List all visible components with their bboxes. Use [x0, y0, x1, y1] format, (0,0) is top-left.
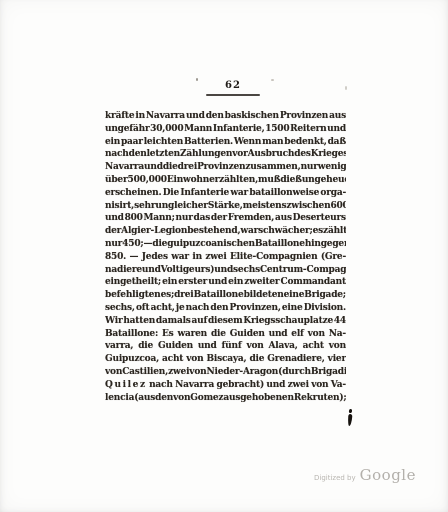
word: zweiter: [244, 277, 279, 290]
word: Guiden: [230, 329, 265, 342]
word: bildeten: [244, 290, 284, 303]
word: Wenn: [234, 137, 261, 150]
word: sechs: [233, 265, 260, 278]
word: Elite-Compagnien: [230, 252, 317, 265]
text-line: einpaarleichtenBatterien.Wennmanbedenkt,…: [105, 137, 346, 150]
word: dieß: [280, 175, 301, 188]
word: und: [144, 162, 163, 175]
ink-smudge-dot: [349, 409, 353, 413]
word: zusammen,: [245, 162, 300, 175]
word: die: [249, 354, 264, 367]
word: es;: [161, 290, 175, 303]
word: von: [246, 341, 263, 354]
word: und: [186, 111, 205, 124]
word: Gomez: [190, 393, 223, 406]
word: acht: [303, 341, 324, 354]
word: drei: [174, 290, 193, 303]
word: Navarra: [175, 380, 214, 393]
word: daß: [328, 137, 346, 150]
word: bedenkt,: [284, 137, 327, 150]
word: Navarra: [105, 162, 144, 175]
google-logo: Google: [360, 466, 416, 484]
word: nach: [186, 303, 210, 316]
word: nur: [105, 239, 122, 252]
word: zwei: [288, 380, 309, 393]
word: eine: [282, 303, 303, 316]
word: war: [171, 252, 189, 265]
word: Rekruten);: [294, 393, 346, 406]
word: sechs,: [105, 303, 135, 316]
word: 800: [125, 213, 143, 226]
word: diesem: [208, 316, 243, 329]
word: Kriegsschauplatze: [243, 316, 333, 329]
word: Division.: [304, 303, 346, 316]
word: drei: [178, 162, 197, 175]
word: Castilien,: [122, 367, 168, 380]
word: Infanterie: [180, 188, 229, 201]
word: zwei: [205, 252, 226, 265]
word: von: [311, 380, 328, 393]
word: die: [211, 329, 226, 342]
word: man: [262, 137, 283, 150]
word: Bataillone: [194, 290, 244, 303]
word: zwei: [168, 367, 189, 380]
word: zwischen: [286, 201, 330, 214]
word: den: [206, 111, 224, 124]
page-header: 62: [203, 80, 263, 96]
word: 1500: [265, 124, 289, 137]
text-line: sechs,oftacht,jenachdenProvinzen,eineDiv…: [105, 303, 346, 316]
word: in: [135, 111, 145, 124]
text-line: kräfteinNavarraunddenbaskischenProvinzen…: [105, 111, 346, 124]
word: aus: [329, 111, 346, 124]
word: Nieder-Aragon: [206, 367, 278, 380]
text-line: NavarraunddiedreiProvinzenzusammen,nurwe…: [105, 162, 346, 175]
word: Biscaya,: [206, 354, 246, 367]
word: von: [308, 329, 325, 342]
word: gebracht): [217, 380, 265, 393]
word: und: [269, 329, 288, 342]
word: vor: [232, 149, 247, 162]
text-line: und800Mann;nurdasderFremden,ausDeserteur…: [105, 213, 346, 226]
word: Va-: [331, 380, 346, 393]
text-line: ungefähr30,000MannInfanterie,1500Reitern…: [105, 124, 346, 137]
word: Fremden,: [228, 213, 274, 226]
word: Deserteurs: [293, 213, 346, 226]
word: und: [327, 124, 346, 137]
word: ein: [105, 137, 120, 150]
word: und: [266, 380, 285, 393]
word: Grenadiere,: [267, 354, 324, 367]
word: Provinzen: [280, 111, 328, 124]
word: zählte: [323, 226, 346, 239]
word: Provinzen: [197, 162, 245, 175]
word: ein: [162, 277, 177, 290]
word: nur: [176, 213, 193, 226]
word: je: [176, 303, 185, 316]
word: war: [230, 188, 248, 201]
word: Es: [162, 329, 174, 342]
word: Einwohner: [167, 175, 219, 188]
word: von: [329, 341, 346, 354]
word: der: [105, 226, 121, 239]
word: Na-: [329, 329, 346, 342]
digitized-by-label: Digitized by: [314, 474, 356, 482]
word: Jedes: [142, 252, 168, 265]
word: Wir: [105, 316, 123, 329]
word: nach: [105, 149, 129, 162]
text-line: vonCastilien,zweivonNieder-Aragon(durchB…: [105, 367, 346, 380]
text-line: derAlgier-Legionbestehend,warschwächer;e…: [105, 226, 346, 239]
word: des: [294, 149, 311, 162]
word: war: [240, 226, 258, 239]
word: (Gre-: [321, 252, 346, 265]
word: meistens: [243, 201, 287, 214]
word: hatten: [123, 316, 155, 329]
word: das: [194, 213, 211, 226]
word: elf: [291, 329, 303, 342]
word: es: [313, 226, 323, 239]
word: (durch: [278, 367, 311, 380]
word: eingetheilt;: [105, 277, 161, 290]
word: Reitern: [290, 124, 326, 137]
word: Batterien.: [184, 137, 233, 150]
word: Quilez: [105, 380, 147, 393]
paper-speck: [271, 79, 274, 81]
word: bestehend,: [187, 226, 240, 239]
word: orga-: [320, 188, 346, 201]
google-watermark: Digitized by Google: [314, 466, 416, 484]
word: vier: [328, 354, 346, 367]
word: über: [105, 175, 128, 188]
word: fünf: [222, 341, 242, 354]
word: nisirt,: [105, 201, 134, 214]
word: letzten: [147, 149, 180, 162]
word: Navarra: [146, 111, 185, 124]
word: paar: [121, 137, 143, 150]
word: in: [192, 252, 202, 265]
word: und: [142, 265, 161, 278]
word: Bataillone:: [105, 329, 158, 342]
text-line: über500,000Einwohnerzählten,mußdießungeh…: [105, 175, 346, 188]
word: ausgehobenen: [223, 393, 293, 406]
body-text-block: kräfteinNavarraunddenbaskischenProvinzen…: [105, 111, 346, 405]
word: von: [189, 367, 206, 380]
word: kräfte: [105, 111, 134, 124]
word: und: [198, 341, 217, 354]
word: Provinzen,: [230, 303, 281, 316]
word: Brigade;: [304, 290, 346, 303]
text-line: lencia(ausdenvonGomezausgehobenenRekrute…: [105, 393, 346, 406]
text-line: eingetheilt;einersterundeinzweiterComman…: [105, 277, 346, 290]
word: den: [129, 149, 147, 162]
word: schwächer;: [258, 226, 312, 239]
word: 44: [334, 316, 346, 329]
word: den: [155, 393, 173, 406]
word: ungleicher: [155, 201, 207, 214]
word: Die: [163, 188, 179, 201]
page-number: 62: [203, 80, 263, 91]
ink-smudge-stroke: [348, 414, 353, 426]
word: aus: [275, 213, 292, 226]
word: Commandant: [281, 277, 346, 290]
text-line: nachdenletztenZählungenvorAusbruchdesKri…: [105, 149, 346, 162]
word: damals: [156, 316, 191, 329]
word: 500,000: [128, 175, 167, 188]
word: ein: [228, 277, 243, 290]
text-line: Bataillone:EswarendieGuidenundelfvonNa-: [105, 329, 346, 342]
word: Centrum-Compagnien: [260, 265, 346, 278]
word: baskischen: [225, 111, 279, 124]
word: ungeheuer: [302, 175, 346, 188]
word: 30,000: [150, 124, 183, 137]
word: (aus: [134, 393, 155, 406]
word: 850.: [105, 252, 126, 265]
word: varra,: [105, 341, 133, 354]
word: nur: [301, 162, 318, 175]
paper-speck: [345, 86, 347, 90]
word: Brigadier: [311, 367, 346, 380]
text-line: befehligtenes;dreiBataillonebildeteneine…: [105, 290, 346, 303]
word: die: [163, 162, 178, 175]
word: bataillonweise: [249, 188, 319, 201]
word: zählten,: [219, 175, 258, 188]
word: muß: [258, 175, 280, 188]
word: erster: [178, 277, 207, 290]
word: auf: [191, 316, 207, 329]
word: waren: [177, 329, 207, 342]
word: Voltigeurs): [161, 265, 215, 278]
word: lencia: [105, 393, 134, 406]
ink-smudge-mark: [347, 409, 355, 429]
word: wenig: [318, 162, 346, 175]
word: erscheinen.: [105, 188, 161, 201]
word: Ausbruch: [248, 149, 295, 162]
word: von: [105, 367, 122, 380]
word: guipuzcoanischen: [167, 239, 255, 252]
text-line: nadiereundVoltigeurs)undsechsCentrum-Com…: [105, 265, 346, 278]
word: acht,: [151, 303, 175, 316]
word: und: [105, 213, 124, 226]
word: Stärke,: [208, 201, 243, 214]
word: den: [210, 303, 228, 316]
word: Guipuzcoa,: [105, 354, 159, 367]
word: acht: [162, 354, 183, 367]
word: Infanterie,: [213, 124, 265, 137]
word: Mann;: [144, 213, 175, 226]
word: und: [214, 265, 233, 278]
text-line: 850.—JedeswarinzweiElite-Compagnien(Gre-: [105, 252, 346, 265]
word: oft: [136, 303, 149, 316]
word: 450;: [122, 239, 143, 252]
word: eine: [284, 290, 305, 303]
text-line: Guipuzcoa,achtvonBiscaya,dieGrenadiere,v…: [105, 354, 346, 367]
word: sehr: [134, 201, 155, 214]
text-line: nisirt,sehrungleicherStärke,meistenszwis…: [105, 201, 346, 214]
word: ungefähr: [105, 124, 150, 137]
text-line: nur450;—dieguipuzcoanischenBataillonehin…: [105, 239, 346, 252]
word: die: [152, 239, 167, 252]
paper-speck: [196, 78, 198, 81]
word: hingegen: [305, 239, 346, 252]
word: Krieges,: [311, 149, 346, 162]
word: von: [173, 393, 190, 406]
word: nach: [149, 380, 173, 393]
word: von: [186, 354, 203, 367]
word: die: [138, 341, 153, 354]
scanned-book-page: 62 kräfteinNavarraunddenbaskischenProvin…: [0, 0, 448, 512]
word: Bataillone: [255, 239, 305, 252]
text-line: varra,dieGuidenundfünfvonAlava,achtvon: [105, 341, 346, 354]
word: nadiere: [105, 265, 142, 278]
word: —: [130, 252, 139, 265]
word: und: [208, 277, 227, 290]
word: Alava,: [269, 341, 298, 354]
word: 600: [330, 201, 346, 214]
word: Mann: [184, 124, 212, 137]
word: Zählungen: [180, 149, 232, 162]
word: leichten: [144, 137, 183, 150]
word: befehligten: [105, 290, 161, 303]
page-number-rule: [206, 94, 260, 96]
text-line: QuileznachNavarragebracht)undzweivonVa-: [105, 380, 346, 393]
text-line: WirhattendamalsaufdiesemKriegsschauplatz…: [105, 316, 346, 329]
word: der: [211, 213, 227, 226]
word: Guiden: [158, 341, 193, 354]
word: Algier-Legion: [121, 226, 187, 239]
text-line: erscheinen.DieInfanteriewarbataillonweis…: [105, 188, 346, 201]
